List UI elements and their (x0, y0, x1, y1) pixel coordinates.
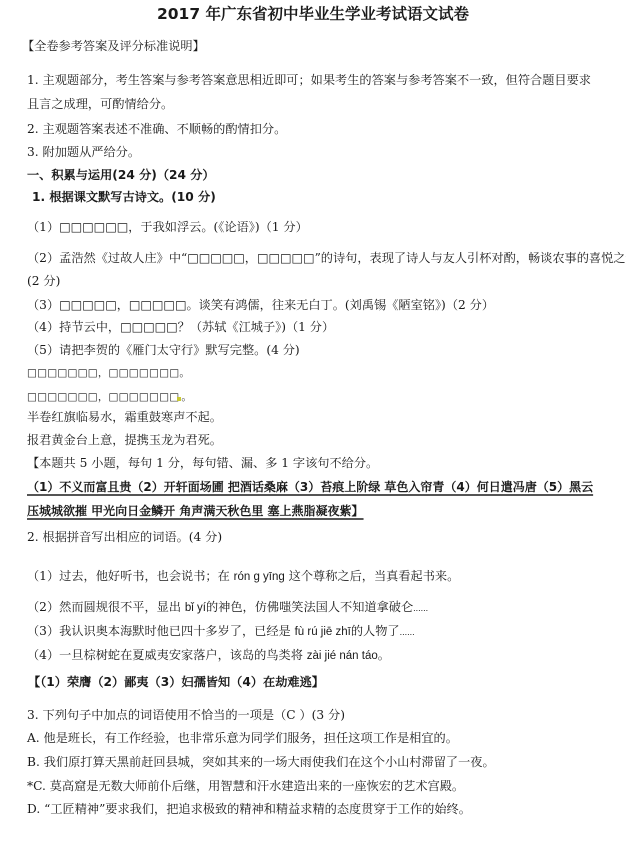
q2-item-text: 的人物了 (351, 624, 400, 638)
pinyin: zài jié nán táo (307, 650, 378, 662)
q2-item-text: 。 (378, 648, 390, 662)
q2-item-text: （4）一旦棕树蛇在夏威夷安家落户，该岛的鸟类将 (27, 648, 307, 662)
poem-blank-line-1: □□□□□□□，□□□□□□□。 (27, 365, 190, 381)
q3-option-c: *C. 莫高窟是无数大师前仆后继，用智慧和汗水建造出来的一座恢宏的艺术宫殿。 (27, 778, 464, 794)
q1-item-4: （4）持节云中，□□□□□？（苏轼《江城子》)（1 分） (27, 319, 334, 335)
q1-item-5: （5）请把李贺的《雁门太守行》默写完整。(4 分) (27, 342, 300, 358)
pinyin: rón g yīng (234, 571, 285, 583)
note-3: 3. 附加题从严给分。 (27, 144, 140, 160)
pinyin: bǐ yí (185, 602, 206, 614)
q2-item-text: （2）然而圆规很不平，显出 (27, 600, 185, 614)
poem-blank-line-2: □□□□□□□，□□□□□□□。 (27, 389, 192, 405)
section-heading: 一、积累与运用(24 分)（24 分） (27, 167, 215, 183)
pinyin: fù rú jiē zhī (295, 626, 351, 638)
q2-item-text: （3）我认识奥本海默时他已四十多岁了，已经是 (27, 624, 295, 638)
ellipsis: ...... (413, 603, 428, 613)
q2-answer: 【（1）荣膺（2）鄙夷（3）妇孺皆知（4）在劫难逃】 (28, 674, 324, 690)
note-1: 1. 主观题部分，考生答案与参考答案意思相近即可；如果考生的答案与参考答案不一致… (27, 72, 591, 88)
page-title: 2017 年广东省初中毕业生学业考试语文试卷 (0, 4, 626, 24)
q2-item-text: 的神色，仿佛嗤笑法国人不知道拿破仑 (206, 600, 413, 614)
q1-item-1: （1）□□□□□□，于我如浮云。(《论语》)（1 分） (27, 219, 308, 235)
note-1-cont: 且言之成理，可酌情给分。 (27, 96, 173, 112)
question-3-heading: 3. 下列句子中加点的词语使用不恰当的一项是（C ）(3 分) (27, 707, 345, 723)
q1-answer-line-2: 压城城欲摧 甲光向日金鳞开 角声满天秋色里 塞上燕脂凝夜紫】 (27, 503, 364, 519)
q2-item-4: （4）一旦棕树蛇在夏威夷安家落户，该岛的鸟类将 zài jié nán táo。 (27, 647, 390, 664)
q2-item-1: （1）过去，他好听书，也会说书；在 rón g yīng 这个尊称之后，当真看起… (27, 568, 459, 585)
q2-item-text: 这个尊称之后，当真看起书来。 (285, 569, 460, 583)
notes-header: 【全卷参考答案及评分标准说明】 (22, 38, 205, 54)
q1-item-2-score: (2 分) (27, 273, 60, 289)
q2-item-2: （2）然而圆规很不平，显出 bǐ yí的神色，仿佛嗤笑法国人不知道拿破仑....… (27, 599, 428, 616)
q2-item-3: （3）我认识奥本海默时他已四十多岁了，已经是 fù rú jiē zhī的人物了… (27, 623, 415, 640)
q3-option-d: D. “工匠精神”要求我们，把追求极致的精神和精益求精的态度贯穿于工作的始终。 (27, 801, 471, 817)
poem-line-4: 报君黄金台上意，提携玉龙为君死。 (27, 432, 222, 448)
q1-item-2: （2）孟浩然《过故人庄》中“□□□□□，□□□□□”的诗句，表现了诗人与友人引杯… (27, 250, 626, 266)
q1-item-3: （3）□□□□□，□□□□□。谈笑有鸿儒，往来无白丁。(刘禹锡《陋室铭》)（2 … (27, 297, 494, 313)
poem-blank-end: 。 (181, 391, 192, 403)
question-2-heading: 2. 根据拼音写出相应的词语。(4 分) (27, 529, 222, 545)
q3-option-a: A. 他是班长，有工作经验，也非常乐意为同学们服务，担任这项工作是相宜的。 (27, 730, 458, 746)
poem-blank-text: □□□□□□□，□□□□□□□ (27, 391, 179, 403)
q3-option-b: B. 我们原打算天黑前赶回县城，突如其来的一场大雨使我们在这个小山村滞留了一夜。 (27, 754, 495, 770)
q1-scoring-note: 【本题共 5 小题，每句 1 分，每句错、漏、多 1 字该句不给分。 (27, 455, 378, 471)
poem-line-3: 半卷红旗临易水，霜重鼓寒声不起。 (27, 409, 222, 425)
note-2: 2. 主观题答案表述不准确、不顺畅的酌情扣分。 (27, 121, 286, 137)
q2-item-text: （1）过去，他好听书，也会说书；在 (27, 569, 234, 583)
q1-answer-line-1: （1）不义而富且贵（2）开轩面场圃 把酒话桑麻（3）苔痕上阶绿 草色入帘青（4）… (27, 479, 593, 495)
ellipsis: ...... (400, 627, 415, 637)
question-1-heading: 1. 根据课文默写古诗文。(10 分) (32, 189, 216, 205)
